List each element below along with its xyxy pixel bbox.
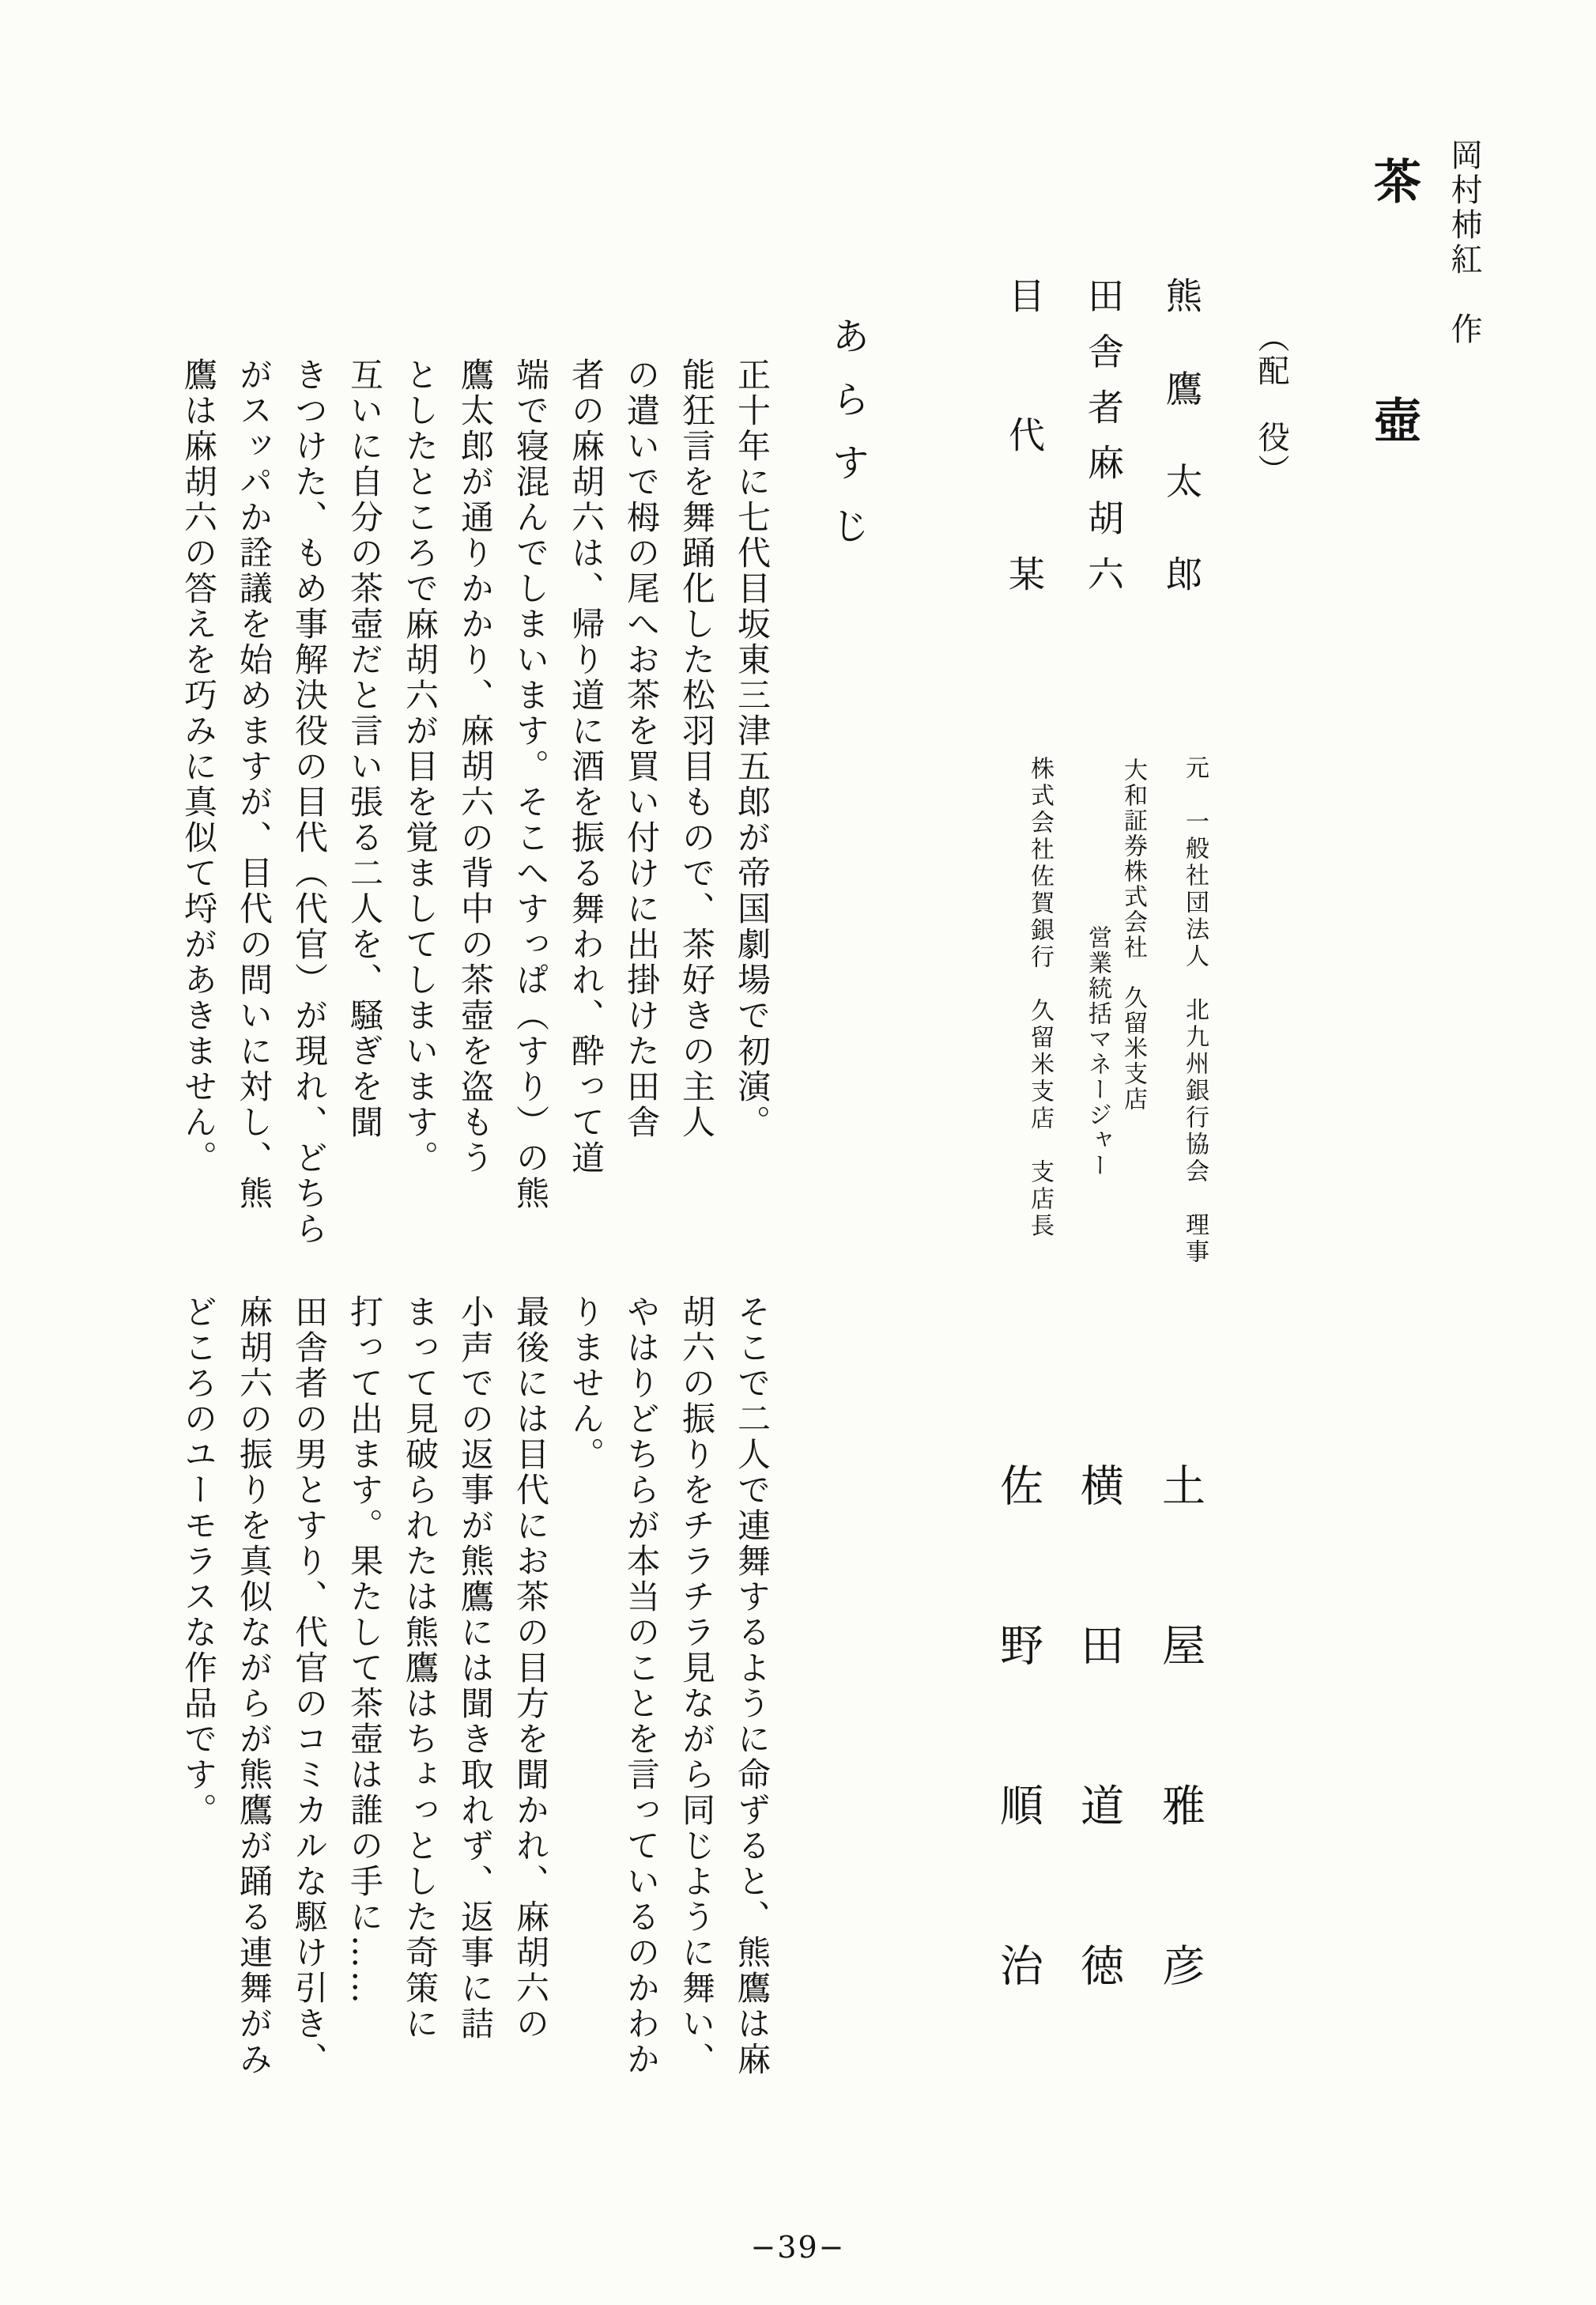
synopsis-line: そこで二人で連舞するように命ずると、熊鷹は麻 xyxy=(724,1294,779,2216)
synopsis-line: の遣いで栂の尾へお茶を買い付けに出掛けた田舎 xyxy=(613,357,669,1263)
role-name: 熊鷹太郎 xyxy=(1167,277,1208,591)
synopsis-line: 田舎者の男とすり、代官のコミカルな駆け引き、 xyxy=(281,1294,337,2216)
synopsis-line: 胡六の振りをチラチラ見ながら同じように舞い、 xyxy=(669,1294,724,2216)
synopsis-line: 打って出ます。果たして茶壺は誰の手に…… xyxy=(337,1294,392,2216)
synopsis-line: 能狂言を舞踊化した松羽目もので、茶好きの主人 xyxy=(669,357,724,1263)
synopsis-line: がスッパか詮議を始めますが、目代の問いに対し、熊 xyxy=(226,357,281,1263)
synopsis-block-lower: そこで二人で連舞するように命ずると、熊鷹は麻胡六の振りをチラチラ見ながら同じよう… xyxy=(168,1294,779,2216)
synopsis-line: 最後には目代にお茶の目方を聞かれ、麻胡六の xyxy=(503,1294,558,2216)
synopsis-line: 端で寝混んでしまいます。そこへすっぱ（すり）の熊 xyxy=(503,357,558,1263)
actor-name: 佐野順治 xyxy=(1001,1463,1050,1986)
synopsis-line: りません。 xyxy=(558,1294,613,2216)
role-name: 田舎者麻胡六 xyxy=(1089,277,1130,591)
actor-affiliation: 元 一般社団法人 北九州銀行協会 理事 xyxy=(1177,755,1212,1266)
synopsis-line: 鷹太郎が通りかかり、麻胡六の背中の茶壺を盗もう xyxy=(447,357,503,1263)
synopsis-line: としたところで麻胡六が目を覚ましてしまいます。 xyxy=(392,357,447,1263)
synopsis-line: 者の麻胡六は、帰り道に酒を振る舞われ、酔って道 xyxy=(558,357,613,1263)
synopsis-line: 正十年に七代目坂東三津五郎が帝国劇場で初演。 xyxy=(724,357,779,1263)
author-credit: 岡村柿紅 作 xyxy=(1442,138,1487,347)
synopsis-block-upper: 正十年に七代目坂東三津五郎が帝国劇場で初演。能狂言を舞踊化した松羽目もので、茶好… xyxy=(168,357,779,1263)
synopsis-line: 鷹は麻胡六の答えを巧みに真似て埒があきません。 xyxy=(171,357,226,1263)
actor-affiliation: 営業統括マネージャー xyxy=(1080,925,1115,1178)
program-page: 岡村柿紅 作 茶壺 （配 役） 熊鷹太郎 田舎者麻胡六 目代某 元 一般社団法人… xyxy=(0,0,1596,2305)
cast-section-label: （配 役） xyxy=(1249,321,1294,487)
actor-name: 土屋雅彦 xyxy=(1163,1463,1212,1986)
synopsis-line: きつけた、もめ事解決役の目代（代官）が現れ、どちら xyxy=(281,357,337,1263)
page-number: −39− xyxy=(0,2230,1596,2265)
synopsis-line: どころのユーモラスな作品です。 xyxy=(171,1294,226,2216)
synopsis-heading: あらすじ xyxy=(821,316,875,569)
synopsis-line: まって見破られたは熊鷹はちょっとした奇策に xyxy=(392,1294,447,2216)
actor-name: 横田道徳 xyxy=(1081,1463,1130,1986)
synopsis-line: やはりどちらが本当のことを言っているのかわか xyxy=(613,1294,669,2216)
role-name: 目代某 xyxy=(1009,277,1051,591)
synopsis-line: 小声での返事が熊鷹には聞き取れず、返事に詰 xyxy=(447,1294,503,2216)
synopsis-line: 互いに自分の茶壺だと言い張る二人を、騒ぎを聞 xyxy=(337,357,392,1263)
play-title: 茶壺 xyxy=(1375,157,1428,443)
actor-affiliation: 大和証券株式会社 久留米支店 xyxy=(1115,758,1150,1112)
synopsis-line: 麻胡六の振りを真似ながらが熊鷹が踊る連舞がみ xyxy=(226,1294,281,2216)
actor-affiliation: 株式会社佐賀銀行 久留米支店 支店長 xyxy=(1022,756,1057,1240)
